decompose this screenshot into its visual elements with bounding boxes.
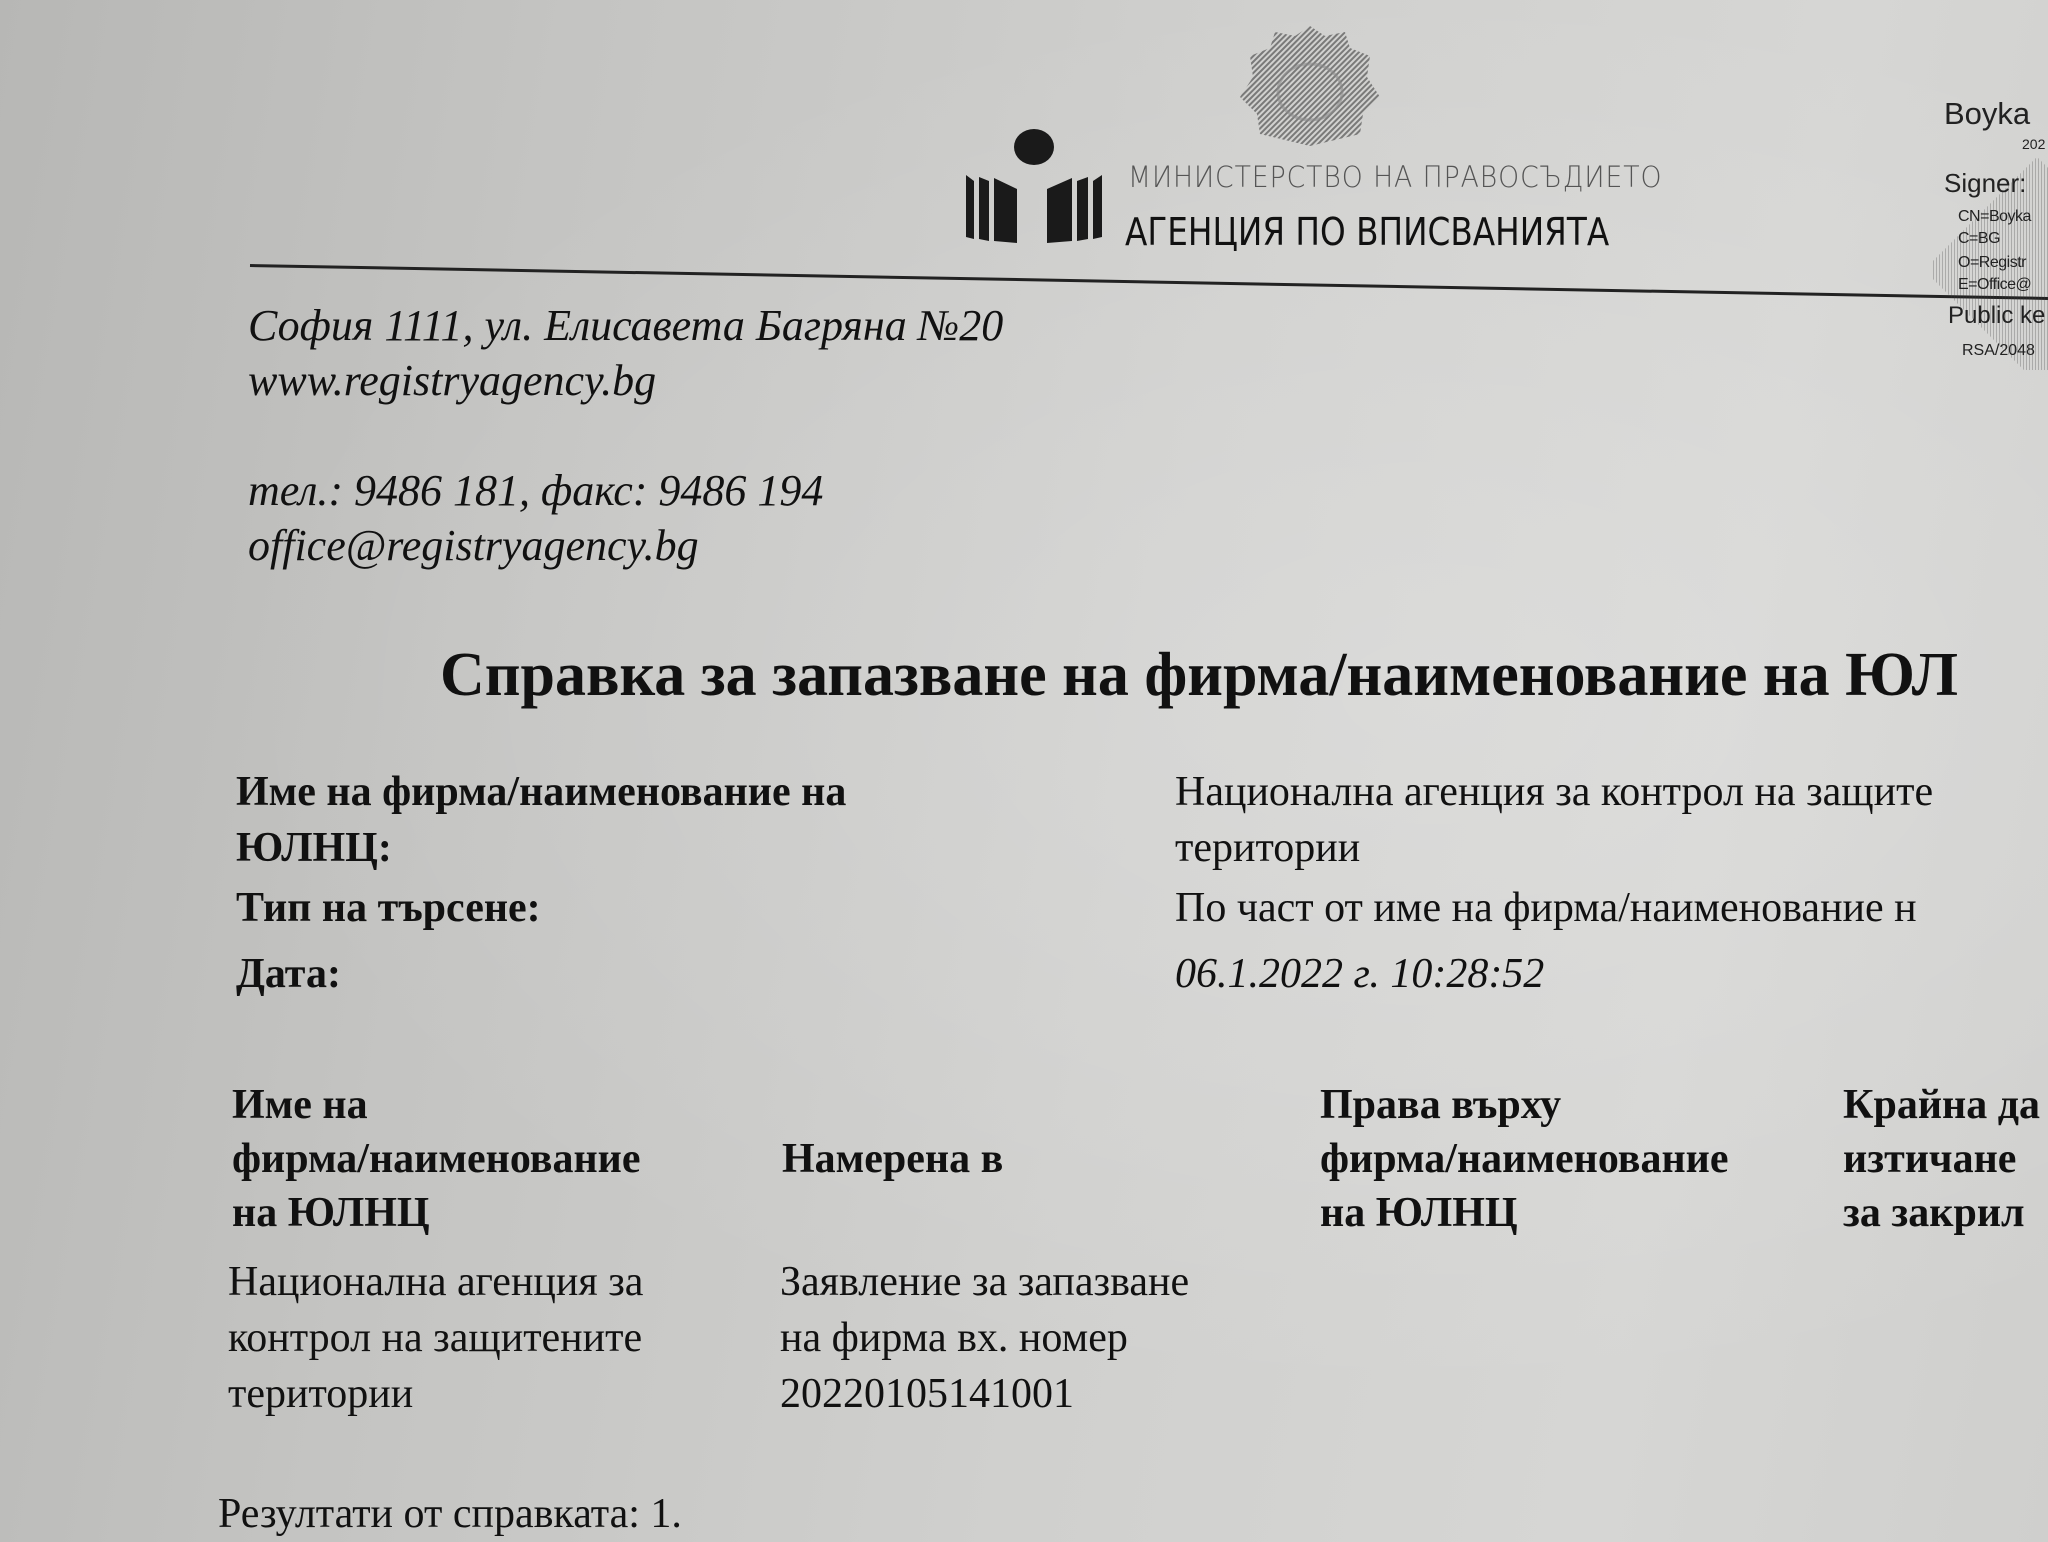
info-value-company-name: Национална агенция за контрол на защите …	[1175, 764, 1933, 876]
signer-country: C=BG	[1958, 230, 2000, 248]
signer-email: E=Office@	[1958, 276, 2031, 294]
signer-org: O=Registr	[1958, 254, 2026, 272]
digital-signature-stamp: Boyka 202 Signer: CN=Boyka C=BG O=Regist…	[1932, 90, 2048, 370]
public-key-algorithm: RSA/2048	[1962, 342, 2035, 360]
info-label-date: Дата:	[236, 946, 341, 1002]
header-divider	[250, 264, 2048, 300]
signer-label: Signer:	[1944, 168, 2026, 199]
email-link[interactable]: office@registryagency.bg	[248, 520, 699, 571]
cell-company-name: Национална агенция за контрол на защитен…	[228, 1254, 643, 1422]
info-value-search-type: По част от име на фирма/наименование н	[1175, 880, 1917, 936]
info-label-company-name: Име на фирма/наименование на ЮЛНЦ:	[236, 764, 846, 876]
signer-cn: CN=Boyka	[1958, 208, 2031, 226]
agency-name: АГЕНЦИЯ ПО ВПИСВАНИЯТА	[1125, 210, 1609, 254]
website-link[interactable]: www.registryagency.bg	[248, 355, 656, 406]
column-header-found-in: Намерена в	[782, 1132, 1003, 1186]
info-value-date: 06.1.2022 г. 10:28:52	[1175, 946, 1544, 1002]
cell-found-in: Заявление за запазване на фирма вх. номе…	[780, 1254, 1189, 1422]
column-header-company-name: Име на фирма/наименование на ЮЛНЦ	[232, 1078, 641, 1240]
results-summary: Резултати от справката: 1.	[218, 1490, 682, 1538]
coat-of-arms-icon	[1235, 22, 1385, 147]
column-header-rights: Права върху фирма/наименование на ЮЛНЦ	[1320, 1078, 1729, 1240]
ministry-name: МИНИСТЕРСТВО НА ПРАВОСЪДИЕТО	[1128, 160, 1662, 194]
agency-logo-icon	[962, 125, 1112, 245]
info-label-search-type: Тип на търсене:	[236, 880, 541, 936]
signature-date: 202	[2022, 136, 2045, 152]
column-header-expiry-date: Крайна да изтичане за закрил	[1843, 1078, 2040, 1240]
address-line: София 1111, ул. Елисавета Багряна №20	[248, 300, 1003, 351]
document-title: Справка за запазване на фирма/наименован…	[440, 640, 1958, 711]
phone-fax: тел.: 9486 181, факс: 9486 194	[248, 465, 823, 516]
public-key-label: Public ke	[1948, 302, 2045, 330]
signature-name: Boyka	[1944, 96, 2030, 132]
